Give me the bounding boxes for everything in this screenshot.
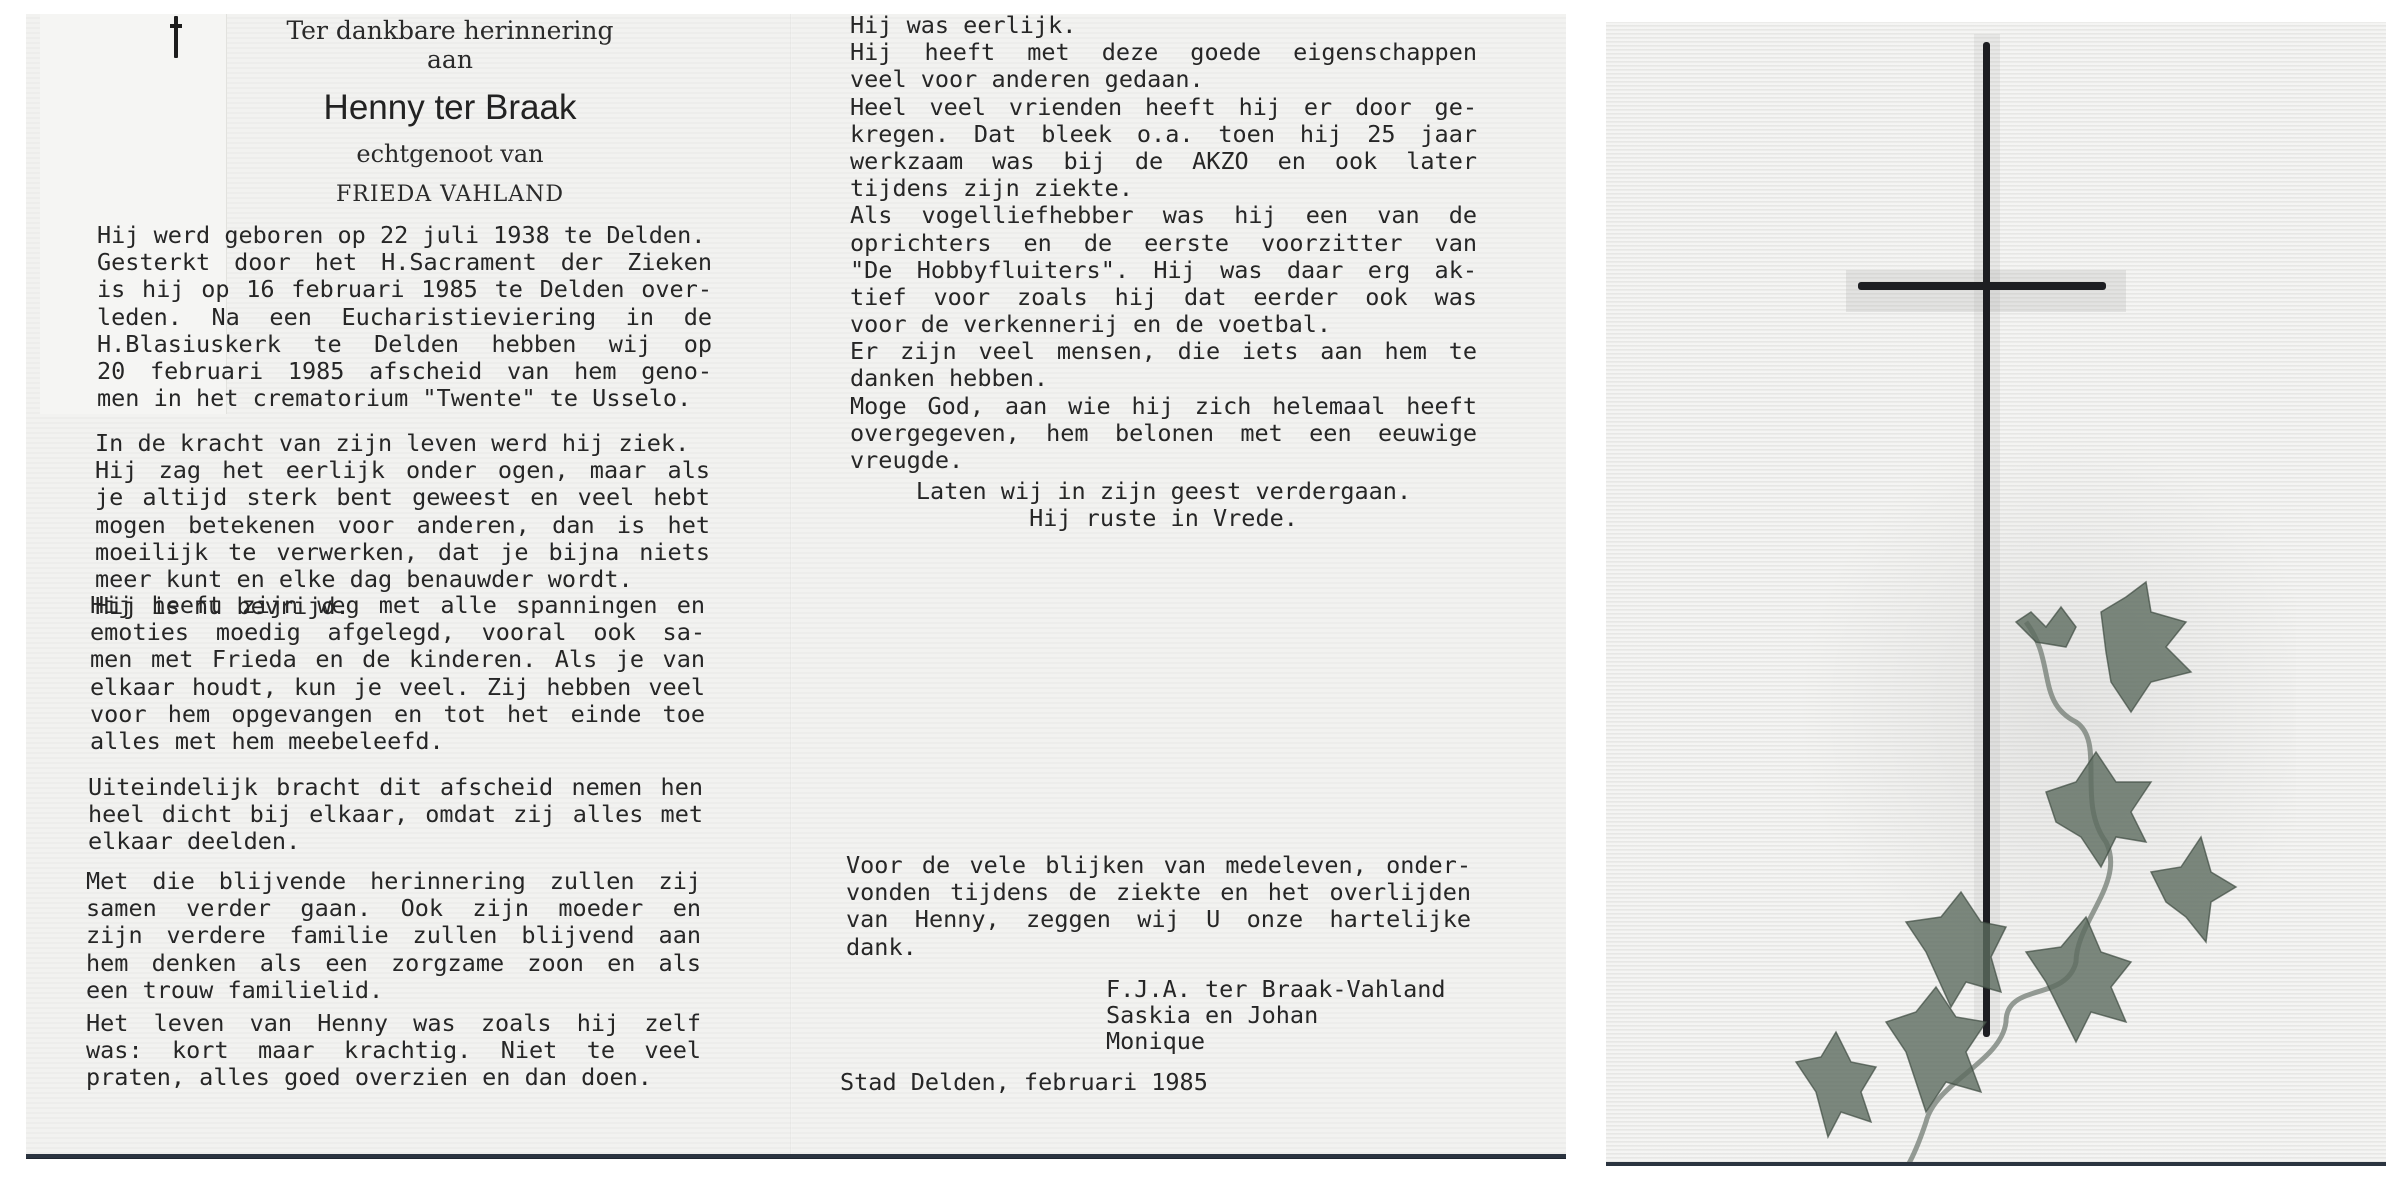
- text-line: een trouw familielid.: [86, 977, 701, 1004]
- text-line: samen verder gaan. Ook zijn moeder en: [86, 895, 701, 922]
- text-line: kregen. Dat bleek o.a. toen hij 25 jaar: [850, 121, 1477, 148]
- text-line: veel voor anderen gedaan.: [850, 66, 1477, 93]
- signatories: F.J.A. ter Braak-Vahland Saskia en Johan…: [1106, 976, 1446, 1054]
- text-line: Er zijn veel mensen, die iets aan hem te: [850, 338, 1477, 365]
- text-line: tijdens zijn ziekte.: [850, 175, 1477, 202]
- text-line: Hij heeft zijn weg met alle spanningen e…: [90, 592, 705, 619]
- closing-prayer: Laten wij in zijn geest verdergaan.Hij r…: [850, 478, 1477, 532]
- text-line: Hij was eerlijk.: [850, 12, 1477, 39]
- small-cross-icon: [170, 16, 182, 58]
- paragraph-life: Het leven van Henny was zoals hij zelfwa…: [86, 1010, 701, 1092]
- paragraph-farewell: Uiteindelijk bracht dit afscheid nemen h…: [88, 774, 703, 856]
- text-line: emoties moedig afgelegd, vooral ook sa-: [90, 619, 705, 646]
- text-line: Voor de vele blijken van medeleven, onde…: [846, 852, 1471, 879]
- text-line: H.Blasiuskerk te Delden hebben wij op: [97, 331, 712, 358]
- text-line: moeilijk te verwerken, dat je bijna niet…: [95, 539, 710, 566]
- text-line: was: kort maar krachtig. Niet te veel: [86, 1037, 701, 1064]
- text-line: vonden tijdens de ziekte en het overlijd…: [846, 879, 1471, 906]
- text-line: Hij ruste in Vrede.: [850, 505, 1477, 532]
- text-line: voor de verkennerij en de voetbal.: [850, 311, 1477, 338]
- text-line: Hij zag het eerlijk onder ogen, maar als: [95, 457, 710, 484]
- text-line: is hij op 16 februari 1985 te Delden ove…: [97, 276, 712, 303]
- paragraph-journey: Hij heeft zijn weg met alle spanningen e…: [90, 592, 705, 755]
- text-line: Met die blijvende herinnering zullen zij: [86, 868, 701, 895]
- text-line: men met Frieda en de kinderen. Als je va…: [90, 646, 705, 673]
- text-line: In de kracht van zijn leven werd hij zie…: [95, 430, 710, 457]
- text-line: je altijd sterk bent geweest en veel heb…: [95, 484, 710, 511]
- intro-line-2: aan: [200, 45, 700, 74]
- place-date: Stad Delden, februari 1985: [840, 1068, 1208, 1096]
- signatory-1: F.J.A. ter Braak-Vahland: [1106, 976, 1446, 1002]
- text-line: Het leven van Henny was zoals hij zelf: [86, 1010, 701, 1037]
- ivy-icon: [1606, 22, 2386, 1162]
- paragraph-character: Hij was eerlijk.Hij heeft met deze goede…: [850, 12, 1477, 474]
- text-line: danken hebben.: [850, 365, 1477, 392]
- text-line: praten, alles goed overzien en dan doen.: [86, 1064, 701, 1091]
- text-line: van Henny, zeggen wij U onze hartelijke: [846, 906, 1471, 933]
- text-line: alles met hem meebeleefd.: [90, 728, 705, 755]
- thanks-paragraph: Voor de vele blijken van medeleven, onde…: [846, 852, 1471, 961]
- text-line: Moge God, aan wie hij zich helemaal heef…: [850, 393, 1477, 420]
- text-line: werkzaam was bij de AKZO en ook later: [850, 148, 1477, 175]
- text-line: voor hem opgevangen en tot het einde toe: [90, 701, 705, 728]
- text-line: Heel veel vrienden heeft hij er door ge-: [850, 94, 1477, 121]
- paragraph-birth-death: Hij werd geboren op 22 juli 1938 te Deld…: [97, 222, 712, 412]
- text-line: "De Hobbyfluiters". Hij was daar erg ak-: [850, 257, 1477, 284]
- relation-label: echtgenoot van: [240, 140, 660, 168]
- text-line: 20 februari 1985 afscheid van hem geno-: [97, 358, 712, 385]
- text-line: zijn verdere familie zullen blijvend aan: [86, 922, 701, 949]
- text-line: overgegeven, hem belonen met een eeuwige: [850, 420, 1477, 447]
- text-line: Hij heeft met deze goede eigenschappen: [850, 39, 1477, 66]
- signatory-2: Saskia en Johan: [1106, 1002, 1446, 1028]
- text-line: Als vogelliefhebber was hij een van de: [850, 202, 1477, 229]
- text-line: Laten wij in zijn geest verdergaan.: [850, 478, 1477, 505]
- deceased-name: Henny ter Braak: [240, 88, 660, 128]
- text-line: mogen betekenen voor anderen, dan is het: [95, 512, 710, 539]
- text-line: meer kunt en elke dag benauwder wordt.: [95, 566, 710, 593]
- text-line: men in het crematorium "Twente" te Ussel…: [97, 385, 712, 412]
- text-line: vreugde.: [850, 447, 1477, 474]
- text-line: Hij werd geboren op 22 juli 1938 te Deld…: [97, 222, 712, 249]
- signatory-3: Monique: [1106, 1028, 1446, 1054]
- text-line: heel dicht bij elkaar, omdat zij alles m…: [88, 801, 703, 828]
- text-line: dank.: [846, 934, 1471, 961]
- text-line: elkaar houdt, kun je veel. Zij hebben ve…: [90, 674, 705, 701]
- front-card: [1606, 22, 2386, 1166]
- text-line: oprichters en de eerste voorzitter van: [850, 230, 1477, 257]
- intro-line-1: Ter dankbare herinnering: [200, 16, 700, 45]
- text-line: Gesterkt door het H.Sacrament der Zieken: [97, 249, 712, 276]
- spouse-name: FRIEDA VAHLAND: [240, 182, 660, 207]
- center-fold: [790, 14, 792, 1154]
- intro-heading: Ter dankbare herinnering aan: [200, 16, 700, 74]
- text-line: hem denken als een zorgzame zoon en als: [86, 950, 701, 977]
- text-line: leden. Na een Eucharistieviering in de: [97, 304, 712, 331]
- text-line: elkaar deelden.: [88, 828, 703, 855]
- text-line: tief voor zoals hij dat eerder ook was: [850, 284, 1477, 311]
- paragraph-remembrance: Met die blijvende herinnering zullen zij…: [86, 868, 701, 1004]
- text-line: Uiteindelijk bracht dit afscheid nemen h…: [88, 774, 703, 801]
